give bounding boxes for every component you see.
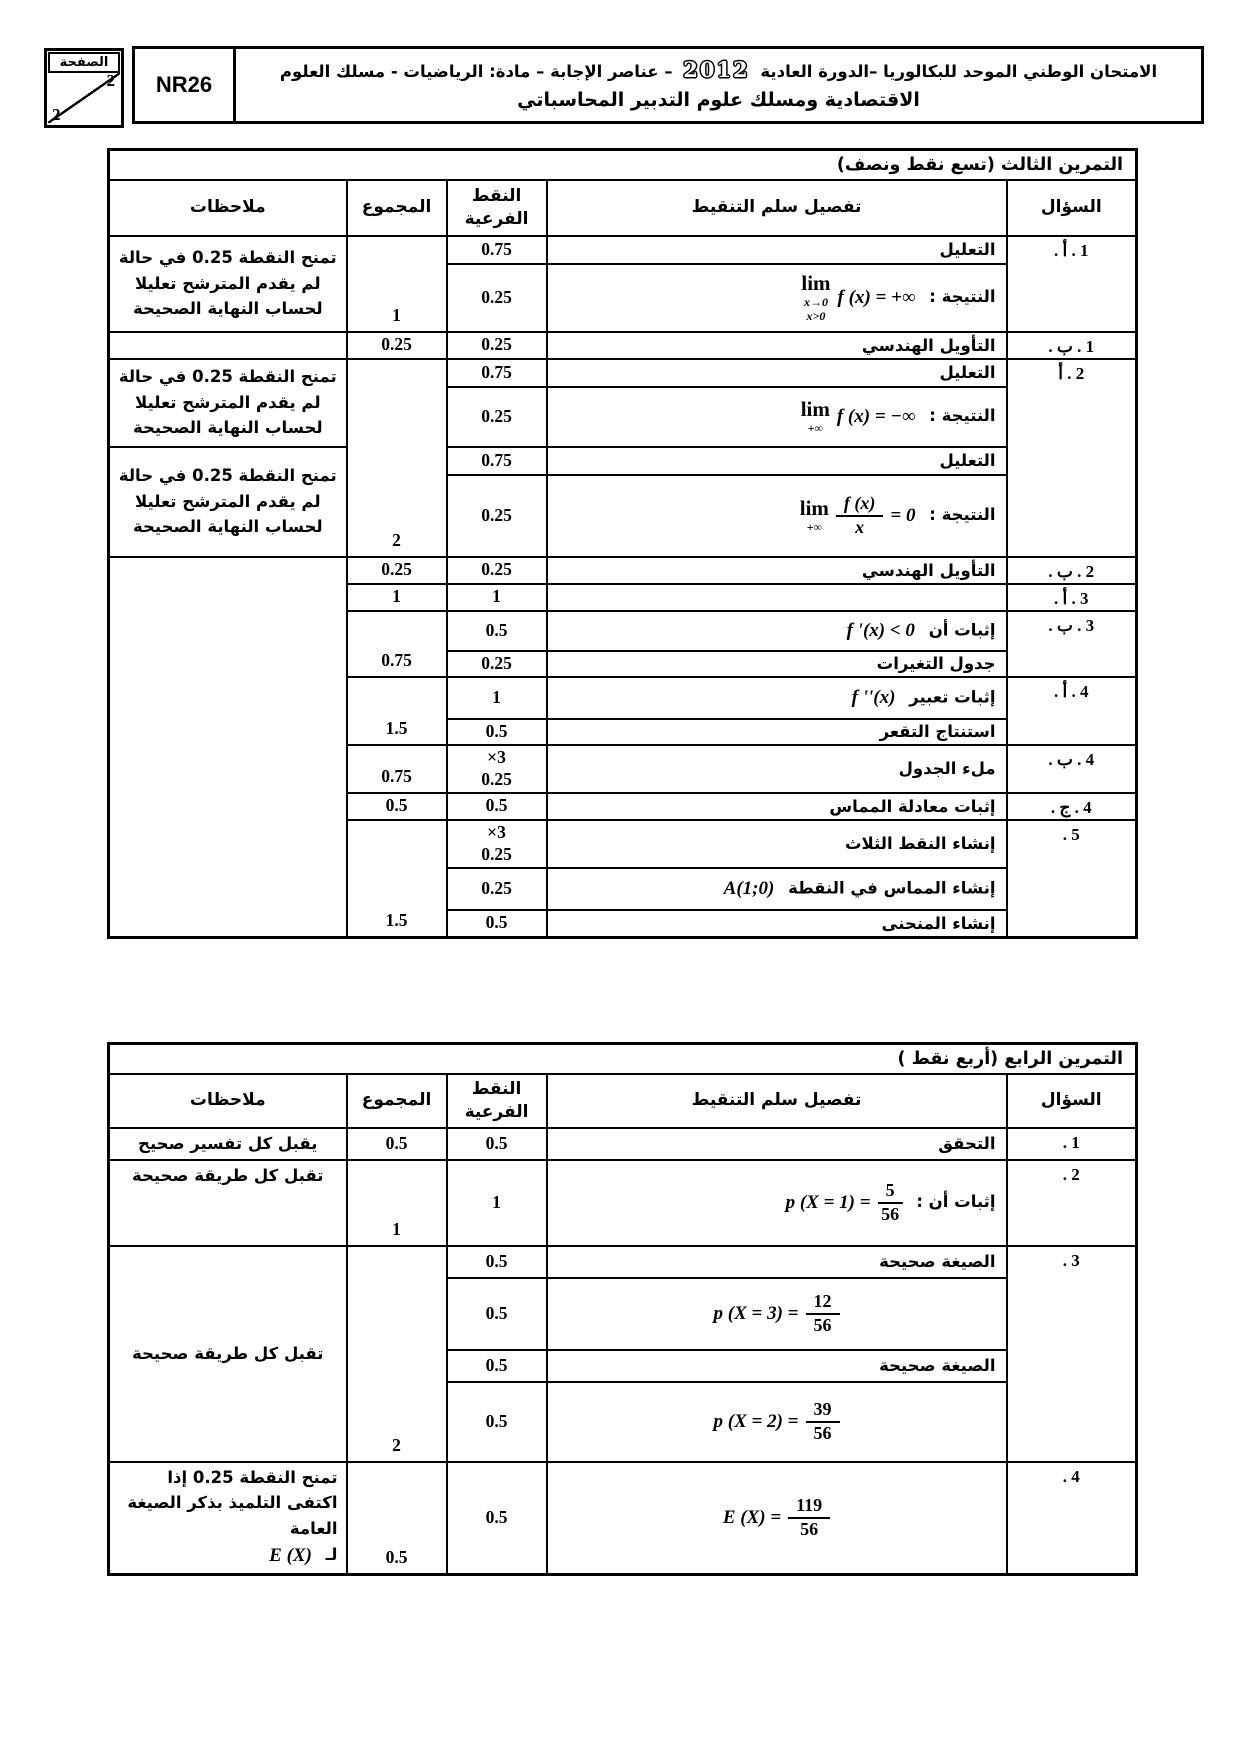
result-label: النتيجة : <box>929 287 995 306</box>
question-cell: 4 . أ . <box>1007 677 1137 745</box>
subpoints-cell: 0.25 <box>447 332 547 359</box>
subpoints-cell: 0.5 <box>447 1382 547 1462</box>
total-cell: 1.5 <box>347 820 447 938</box>
exercise3-table: التمرين الثالث (تسع نقط ونصف) السؤال تفص… <box>107 148 1138 939</box>
detail-cell: إنشاء المماس في النقطة A(1;0) <box>547 868 1007 910</box>
subpoints-cell: 0.25 <box>447 475 547 557</box>
lim-under: +∞ <box>808 422 823 434</box>
total-cell: 2 <box>347 359 447 557</box>
detail-cell: E (X) = 119 56 <box>547 1462 1007 1575</box>
table-row: 1 . التحقق 0.5 0.5 يقبل كل تفسير صحيح <box>109 1128 1137 1160</box>
question-cell: 1 . <box>1007 1128 1137 1160</box>
exam-code: NR26 <box>135 49 236 121</box>
question-cell: 2 . أ <box>1007 359 1137 557</box>
col-header-detail: تفصيل سلم التنقيط <box>547 1074 1007 1128</box>
detail-cell: جدول التغيرات <box>547 651 1007 677</box>
fraction-denominator: 56 <box>814 1423 832 1445</box>
subpoints-cell: 1 <box>447 584 547 611</box>
formula-body: p (X = 2) = <box>714 1411 799 1433</box>
prove-label: إثبات تعبير <box>909 687 995 706</box>
fraction-numerator: f (x) <box>836 493 883 517</box>
subpoints-multiplier: ×3 <box>452 822 542 844</box>
question-cell: 3 . ب . <box>1007 611 1137 677</box>
subpoints-multiplier: ×3 <box>452 747 542 769</box>
formula-body: p (X = 1) = <box>786 1192 871 1214</box>
notes-cell: تقبل كل طريقة صحيحة <box>109 1160 347 1246</box>
col-header-subpoints: النقط الفرعية <box>447 1074 547 1128</box>
lim-under: x→0 <box>804 296 828 308</box>
exercise3-title: التمرين الثالث (تسع نقط ونصف) <box>109 150 1137 180</box>
fraction-denominator: 56 <box>800 1519 818 1541</box>
limit-formula: lim +∞ f (x) = −∞ <box>801 399 916 434</box>
detail-cell: p (X = 2) = 39 56 <box>547 1382 1007 1462</box>
subpoints-cell: 0.5 <box>447 719 547 745</box>
detail-cell: استنتاج التقعر <box>547 719 1007 745</box>
formula-body: A(1;0) <box>724 878 775 900</box>
table-row: 2 . ب . التأويل الهندسي 0.25 0.25 <box>109 557 1137 584</box>
question-cell: 4 . ج . <box>1007 793 1137 820</box>
question-cell: 3 . أ . <box>1007 584 1137 611</box>
col-header-total: المجموع <box>347 180 447 236</box>
notes-cell-empty <box>109 557 347 938</box>
detail-cell: التعليل <box>547 359 1007 387</box>
detail-cell: إثبات أن : p (X = 1) = 5 56 <box>547 1160 1007 1246</box>
col-header-subpoints: النقط الفرعية <box>447 180 547 236</box>
total-cell: 0.5 <box>347 1128 447 1160</box>
notes-cell: تمنح النقطة 0.25 في حالة لم يقدم المترشح… <box>109 236 347 332</box>
exercise4-table: التمرين الرابع (أربع نقط ) السؤال تفصيل … <box>107 1042 1138 1576</box>
page-number-box: الصفحة 2 2 <box>44 48 124 128</box>
result-label: النتيجة : <box>929 406 995 425</box>
total-cell: 1 <box>347 236 447 332</box>
subpoints-cell: 0.25 <box>447 557 547 584</box>
fraction: 12 56 <box>806 1291 840 1336</box>
lim-operator: lim +∞ <box>801 399 830 434</box>
total-cell: 0.75 <box>347 745 447 793</box>
fraction-denominator: 56 <box>814 1315 832 1337</box>
lim-word: lim <box>801 399 830 420</box>
subpoints-cell: 1 <box>447 1160 547 1246</box>
col-header-detail: تفصيل سلم التنقيط <box>547 180 1007 236</box>
exam-year: 2012 <box>683 54 749 87</box>
formula-body: f '(x) < 0 <box>847 620 915 642</box>
construct-label: إنشاء المماس في النقطة <box>788 878 995 897</box>
note-text: تمنح النقطة 0.25 إذا اكتفى التلميذ بذكر … <box>118 1465 338 1542</box>
detail-cell: التعليل <box>547 447 1007 475</box>
probability-formula: p (X = 1) = 5 56 <box>786 1180 903 1225</box>
exam-header-line1: الامتحان الوطني الموحد للبكالوريا –الدور… <box>236 54 1201 87</box>
header-line1-left: – عناصر الإجابة – مادة: الرياضيات - مسلك… <box>280 62 673 81</box>
notes-cell: تمنح النقطة 0.25 في حالة لم يقدم المترشح… <box>109 447 347 557</box>
probability-formula: p (X = 3) = 12 56 <box>714 1291 840 1336</box>
exam-header-line2: الاقتصادية ومسلك علوم التدبير المحاسباتي <box>236 87 1201 114</box>
total-cell: 0.25 <box>347 332 447 359</box>
table-row: 1 . ب . التأويل الهندسي 0.25 0.25 <box>109 332 1137 359</box>
total-cell: 1 <box>347 584 447 611</box>
question-cell: 2 . ب . <box>1007 557 1137 584</box>
detail-cell: p (X = 3) = 12 56 <box>547 1278 1007 1350</box>
notes-cell: تقبل كل طريقة صحيحة <box>109 1246 347 1462</box>
lim-under: +∞ <box>807 521 822 533</box>
detail-cell: الصيغة صحيحة <box>547 1246 1007 1278</box>
exam-header-text: الامتحان الوطني الموحد للبكالوريا –الدور… <box>236 49 1201 121</box>
fraction-denominator: 56 <box>881 1204 899 1226</box>
exam-answer-sheet: الصفحة 2 2 NR26 الامتحان الوطني الموحد ل… <box>0 0 1240 1754</box>
detail-cell: التأويل الهندسي <box>547 332 1007 359</box>
subpoints-cell: 0.75 <box>447 359 547 387</box>
detail-cell: ملء الجدول <box>547 745 1007 793</box>
notes-cell: تمنح النقطة 0.25 إذا اكتفى التلميذ بذكر … <box>109 1462 347 1575</box>
question-cell: 5 . <box>1007 820 1137 938</box>
table-row: 2 . أ التعليل 0.75 2 تمنح النقطة 0.25 في… <box>109 359 1137 387</box>
table-header-row: السؤال تفصيل سلم التنقيط النقط الفرعية ا… <box>109 180 1137 236</box>
note-formula-line: لـ E (X) <box>118 1541 338 1570</box>
exam-header: NR26 الامتحان الوطني الموحد للبكالوريا –… <box>132 46 1204 124</box>
detail-cell: الصيغة صحيحة <box>547 1350 1007 1382</box>
detail-cell: إثبات معادلة المماس <box>547 793 1007 820</box>
table-title-row: التمرين الثالث (تسع نقط ونصف) <box>109 150 1137 180</box>
limit-formula: lim +∞ f (x) x = 0 <box>800 493 916 538</box>
fraction-numerator: 12 <box>806 1291 840 1315</box>
detail-cell: التأويل الهندسي <box>547 557 1007 584</box>
col-header-notes: ملاحظات <box>109 180 347 236</box>
table-row: 3 . الصيغة صحيحة 0.5 2 تقبل كل طريقة صحي… <box>109 1246 1137 1278</box>
col-header-notes: ملاحظات <box>109 1074 347 1128</box>
detail-cell: النتيجة : lim +∞ f (x) x = 0 <box>547 475 1007 557</box>
detail-cell-empty <box>547 584 1007 611</box>
formula-body: p (X = 3) = <box>714 1303 799 1325</box>
table-row: التعليل 0.75 تمنح النقطة 0.25 في حالة لم… <box>109 447 1137 475</box>
subpoints-cell: 0.5 <box>447 1128 547 1160</box>
subpoints-cell: ×3 0.25 <box>447 745 547 793</box>
note-suffix: لـ <box>326 1545 338 1564</box>
question-cell: 1 . ب . <box>1007 332 1137 359</box>
detail-cell: النتيجة : lim +∞ f (x) = −∞ <box>547 387 1007 447</box>
subpoints-cell: 1 <box>447 677 547 719</box>
formula-body: f (x) = −∞ <box>837 406 916 428</box>
page-label: الصفحة <box>48 52 120 73</box>
subpoints-cell: 0.5 <box>447 1462 547 1575</box>
formula-body: = 0 <box>890 505 915 527</box>
col-header-subpoints-line1: النقط <box>452 1078 542 1100</box>
detail-cell: إثبات تعبير f ''(x) <box>547 677 1007 719</box>
subpoints-cell: 0.5 <box>447 1350 547 1382</box>
col-header-subpoints-line2: الفرعية <box>452 208 542 230</box>
fraction: f (x) x <box>836 493 883 538</box>
prove-label: إثبات أن <box>929 620 996 639</box>
subpoints-cell: 0.5 <box>447 1246 547 1278</box>
question-cell: 4 . ب . <box>1007 745 1137 793</box>
subpoints-cell: 0.75 <box>447 447 547 475</box>
table-row: 1 . أ . التعليل 0.75 1 تمنح النقطة 0.25 … <box>109 236 1137 264</box>
result-label: النتيجة : <box>929 505 995 524</box>
header-line1-right: الامتحان الوطني الموحد للبكالوريا –الدور… <box>760 62 1157 81</box>
formula-body: E (X) <box>269 1541 312 1570</box>
notes-cell: تمنح النقطة 0.25 في حالة لم يقدم المترشح… <box>109 359 347 447</box>
table-header-row: السؤال تفصيل سلم التنقيط النقط الفرعية ا… <box>109 1074 1137 1128</box>
detail-cell: التحقق <box>547 1128 1007 1160</box>
col-header-total: المجموع <box>347 1074 447 1128</box>
derivative-formula: f '(x) < 0 <box>847 620 915 642</box>
fraction-numerator: 119 <box>788 1495 830 1519</box>
limit-formula: lim x→0 x>0 f (x) = +∞ <box>801 273 915 322</box>
lim-word: lim <box>800 498 829 519</box>
lim-operator: lim +∞ <box>800 498 829 533</box>
table-row: 2 . إثبات أن : p (X = 1) = 5 56 1 1 تقبل… <box>109 1160 1137 1246</box>
subpoints-cell: 0.5 <box>447 793 547 820</box>
subpoints-cell: ×3 0.25 <box>447 820 547 868</box>
page-total: 2 <box>52 105 61 125</box>
col-header-subpoints-line1: النقط <box>452 185 542 207</box>
page-current: 2 <box>107 71 116 91</box>
point-formula: A(1;0) <box>724 878 775 900</box>
lim-word: lim <box>801 273 830 294</box>
expectation-formula: E (X) = 119 56 <box>723 1495 830 1540</box>
total-cell: 1.5 <box>347 677 447 745</box>
formula-body: f (x) = +∞ <box>838 287 916 309</box>
col-header-question: السؤال <box>1007 180 1137 236</box>
total-cell: 0.25 <box>347 557 447 584</box>
subpoints-value: 0.25 <box>452 769 542 791</box>
subpoints-cell: 0.25 <box>447 387 547 447</box>
lim-operator: lim x→0 x>0 <box>801 273 830 322</box>
col-header-question: السؤال <box>1007 1074 1137 1128</box>
question-cell: 1 . أ . <box>1007 236 1137 332</box>
fraction-numerator: 5 <box>878 1180 903 1204</box>
formula-body: E (X) = <box>723 1507 781 1529</box>
question-cell: 3 . <box>1007 1246 1137 1462</box>
question-cell: 4 . <box>1007 1462 1137 1575</box>
lim-under: x>0 <box>807 310 826 322</box>
fraction: 119 56 <box>788 1495 830 1540</box>
fraction-numerator: 39 <box>806 1399 840 1423</box>
exercise4-title: التمرين الرابع (أربع نقط ) <box>109 1044 1137 1074</box>
expectation-symbol: E (X) <box>269 1541 312 1570</box>
subpoints-cell: 0.25 <box>447 651 547 677</box>
total-cell: 0.5 <box>347 1462 447 1575</box>
subpoints-cell: 0.25 <box>447 264 547 332</box>
prove-label: إثبات أن : <box>916 1192 995 1211</box>
table-row: 4 . E (X) = 119 56 0.5 0.5 تمنح النقطة 0… <box>109 1462 1137 1575</box>
fraction-denominator: x <box>855 517 864 539</box>
total-cell: 2 <box>347 1246 447 1462</box>
subpoints-cell: 0.5 <box>447 910 547 938</box>
notes-cell: يقبل كل تفسير صحيح <box>109 1128 347 1160</box>
total-cell: 0.75 <box>347 611 447 677</box>
fraction: 39 56 <box>806 1399 840 1444</box>
notes-cell-empty <box>109 332 347 359</box>
subpoints-value: 0.25 <box>452 844 542 866</box>
subpoints-cell: 0.75 <box>447 236 547 264</box>
table-title-row: التمرين الرابع (أربع نقط ) <box>109 1044 1137 1074</box>
total-cell: 0.5 <box>347 793 447 820</box>
subpoints-cell: 0.5 <box>447 1278 547 1350</box>
subpoints-cell: 0.5 <box>447 611 547 651</box>
formula-body: f ''(x) <box>852 687 896 709</box>
probability-formula: p (X = 2) = 39 56 <box>714 1399 840 1444</box>
detail-cell: إنشاء المنحنى <box>547 910 1007 938</box>
detail-cell: إنشاء النقط الثلاث <box>547 820 1007 868</box>
question-cell: 2 . <box>1007 1160 1137 1246</box>
fraction: 5 56 <box>878 1180 903 1225</box>
detail-cell: التعليل <box>547 236 1007 264</box>
total-cell: 1 <box>347 1160 447 1246</box>
subpoints-cell: 0.25 <box>447 868 547 910</box>
page-fraction: 2 2 <box>48 73 120 123</box>
col-header-subpoints-line2: الفرعية <box>452 1101 542 1123</box>
detail-cell: النتيجة : lim x→0 x>0 f (x) = +∞ <box>547 264 1007 332</box>
second-derivative-formula: f ''(x) <box>852 687 896 709</box>
detail-cell: إثبات أن f '(x) < 0 <box>547 611 1007 651</box>
